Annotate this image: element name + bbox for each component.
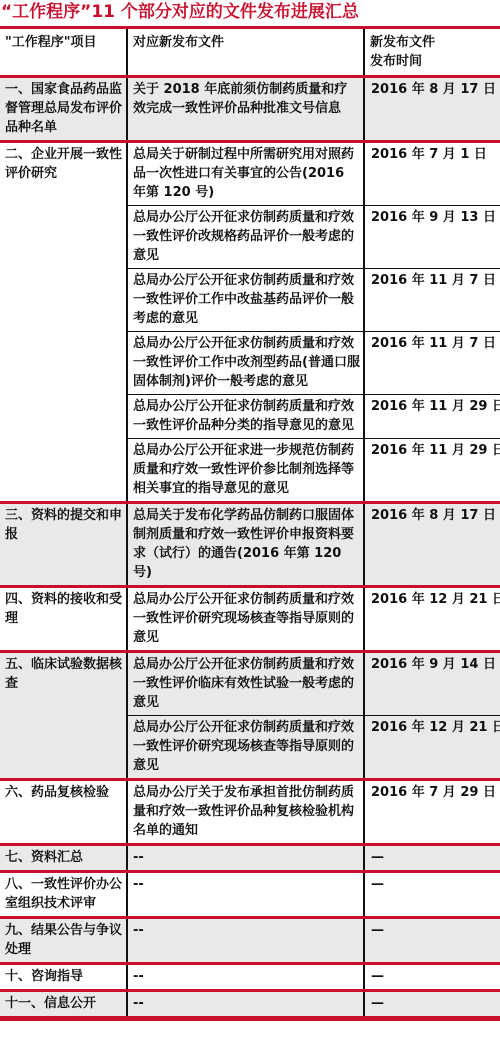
document-title-cell: 总局办公厅公开征求仿制药质量和疗效一致性评价工作中改盐基药品评价一般考虑的意见 <box>127 269 364 332</box>
procedure-item-cell: 一、国家食品药品监督管理总局发布评价品种名单 <box>0 77 127 142</box>
publish-date-cell: — <box>364 964 500 991</box>
table-row: 六、药品复核检验总局办公厅关于发布承担首批仿制药质量和疗效一致性评价品种复核检验… <box>0 780 500 845</box>
table-row: 一、国家食品药品监督管理总局发布评价品种名单关于 2018 年底前须仿制药质量和… <box>0 77 500 142</box>
publish-date-cell: — <box>364 872 500 918</box>
progress-table: "工作程序"项目 对应新发布文件 新发布文件 发布时间 一、国家食品药品监督管理… <box>0 26 500 1021</box>
table-row: 五、临床试验数据核查总局办公厅公开征求仿制药质量和疗效一致性评价临床有效性试验一… <box>0 652 500 716</box>
procedure-item-cell: 九、结果公告与争议处理 <box>0 918 127 964</box>
header-row: "工作程序"项目 对应新发布文件 新发布文件 发布时间 <box>0 28 500 77</box>
publish-date-cell: — <box>364 845 500 872</box>
publish-date-cell: 2016 年 12 月 21 日 <box>364 587 500 652</box>
document-title-cell: -- <box>127 872 364 918</box>
publish-date-cell: 2016 年 7 月 29 日 <box>364 780 500 845</box>
article-figure: “工作程序”11 个部分对应的文件发布进展汇总 "工作程序"项目 对应新发布文件… <box>0 2 500 1021</box>
document-title-cell: 关于 2018 年底前须仿制药质量和疗效完成一致性评价品种批准文号信息 <box>127 77 364 142</box>
procedure-item-cell: 六、药品复核检验 <box>0 780 127 845</box>
procedure-item-cell: 十一、信息公开 <box>0 991 127 1019</box>
document-title-cell: 总局办公厅关于发布承担首批仿制药质量和疗效一致性评价品种复核检验机构名单的通知 <box>127 780 364 845</box>
document-title-cell: 总局办公厅公开征求进一步规范仿制药质量和疗效一致性评价参比制剂选择等相关事宜的指… <box>127 439 364 503</box>
procedure-item-cell: 八、一致性评价办公室组织技术评审 <box>0 872 127 918</box>
procedure-item-cell: 十、咨询指导 <box>0 964 127 991</box>
procedure-item-cell: 七、资料汇总 <box>0 845 127 872</box>
procedure-item-cell: 三、资料的提交和申报 <box>0 503 127 587</box>
table-row: 三、资料的提交和申报总局关于发布化学药品仿制药口服固体制剂质量和疗效一致性评价申… <box>0 503 500 587</box>
document-title-cell: 总局办公厅公开征求仿制药质量和疗效一致性评价品种分类的指导意见的意见 <box>127 395 364 439</box>
procedure-item-cell: 五、临床试验数据核查 <box>0 652 127 780</box>
table-row: 九、结果公告与争议处理--— <box>0 918 500 964</box>
document-title-cell: 总局办公厅公开征求仿制药质量和疗效一致性评价研究现场核查等指导原则的意见 <box>127 716 364 780</box>
document-title-cell: 总局办公厅公开征求仿制药质量和疗效一致性评价临床有效性试验一般考虑的意见 <box>127 652 364 716</box>
table-row: 八、一致性评价办公室组织技术评审--— <box>0 872 500 918</box>
document-title-cell: 总局关于研制过程中所需研究用对照药品一次性进口有关事宜的公告(2016 年第 1… <box>127 142 364 206</box>
column-header-document: 对应新发布文件 <box>127 28 364 77</box>
column-header-publish-date: 新发布文件 发布时间 <box>364 28 500 77</box>
document-title-cell: -- <box>127 964 364 991</box>
publish-date-cell: 2016 年 9 月 13 日 <box>364 206 500 269</box>
procedure-item-cell: 二、企业开展一致性评价研究 <box>0 142 127 503</box>
table-body: 一、国家食品药品监督管理总局发布评价品种名单关于 2018 年底前须仿制药质量和… <box>0 77 500 1019</box>
publish-date-cell: 2016 年 8 月 17 日 <box>364 503 500 587</box>
table-row: 七、资料汇总--— <box>0 845 500 872</box>
document-title-cell: 总局办公厅公开征求仿制药质量和疗效一致性评价研究现场核查等指导原则的意见 <box>127 587 364 652</box>
document-title-cell: -- <box>127 918 364 964</box>
document-title-cell: -- <box>127 845 364 872</box>
column-header-procedure-item: "工作程序"项目 <box>0 28 127 77</box>
table-row: 二、企业开展一致性评价研究总局关于研制过程中所需研究用对照药品一次性进口有关事宜… <box>0 142 500 206</box>
publish-date-cell: 2016 年 12 月 21 日 <box>364 716 500 780</box>
table-row: 四、资料的接收和受理总局办公厅公开征求仿制药质量和疗效一致性评价研究现场核查等指… <box>0 587 500 652</box>
document-title-cell: -- <box>127 991 364 1019</box>
publish-date-cell: 2016 年 11 月 29 日 <box>364 439 500 503</box>
publish-date-cell: 2016 年 7 月 1 日 <box>364 142 500 206</box>
publish-date-cell: 2016 年 11 月 7 日 <box>364 269 500 332</box>
publish-date-cell: — <box>364 991 500 1019</box>
document-title-cell: 总局办公厅公开征求仿制药质量和疗效一致性评价工作中改剂型药品(普通口服固体制剂)… <box>127 332 364 395</box>
publish-date-cell: 2016 年 9 月 14 日 <box>364 652 500 716</box>
publish-date-cell: 2016 年 11 月 29 日 <box>364 395 500 439</box>
table-row: 十、咨询指导--— <box>0 964 500 991</box>
publish-date-cell: 2016 年 8 月 17 日 <box>364 77 500 142</box>
publish-date-cell: — <box>364 918 500 964</box>
document-title-cell: 总局关于发布化学药品仿制药口服固体制剂质量和疗效一致性评价申报资料要求（试行）的… <box>127 503 364 587</box>
page-title: “工作程序”11 个部分对应的文件发布进展汇总 <box>1 2 500 23</box>
publish-date-cell: 2016 年 11 月 7 日 <box>364 332 500 395</box>
procedure-item-cell: 四、资料的接收和受理 <box>0 587 127 652</box>
document-title-cell: 总局办公厅公开征求仿制药质量和疗效一致性评价改规格药品评价一般考虑的意见 <box>127 206 364 269</box>
table-row: 十一、信息公开--— <box>0 991 500 1019</box>
